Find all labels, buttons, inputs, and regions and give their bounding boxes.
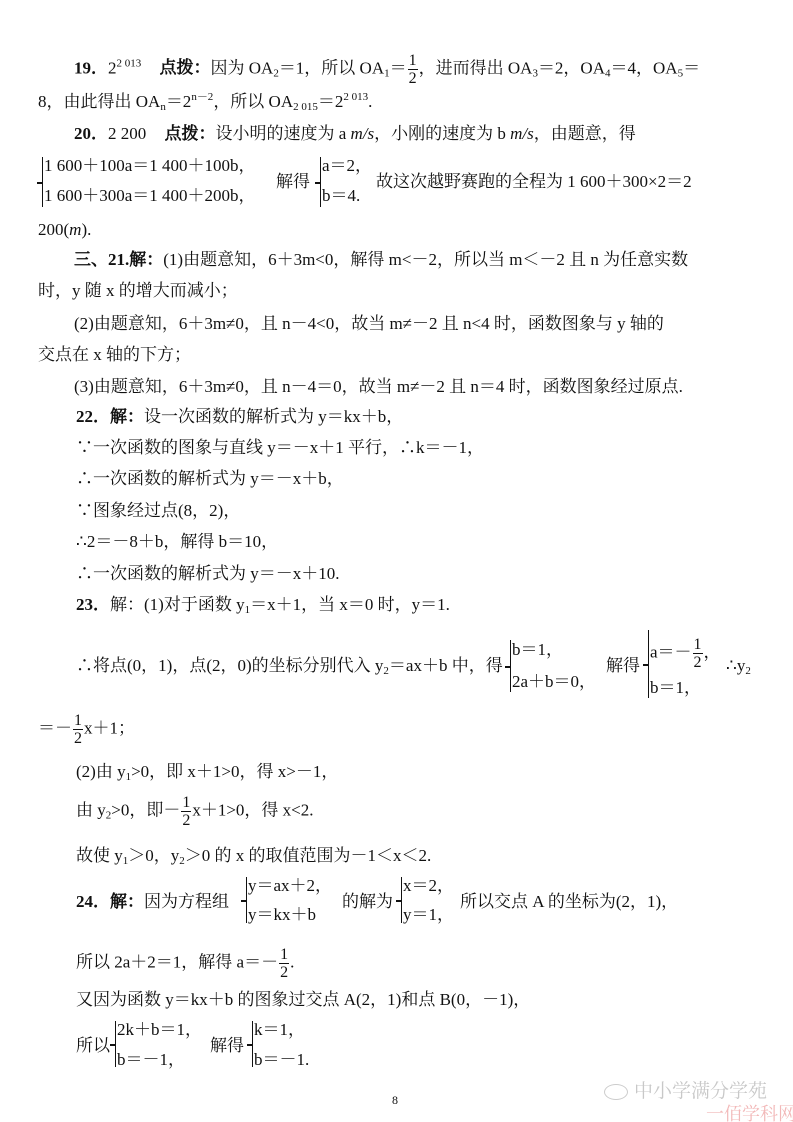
question-number: 20．	[74, 124, 108, 143]
q20-eq2: 1 600＋300a＝1 400＋200b，	[44, 186, 256, 206]
brace	[648, 630, 649, 698]
q23-line3: ＝－12x＋1；	[38, 712, 135, 747]
brace	[320, 157, 321, 207]
q22-line1: 22．解：设一次函数的解析式为 y＝kx＋b，	[76, 407, 403, 427]
fraction: 12	[408, 52, 418, 87]
brace	[252, 1021, 253, 1067]
page-number: 8	[392, 1090, 398, 1110]
question-number: 23．	[76, 595, 110, 614]
q23-line1: 23．解：(1)对于函数 y1＝x＋1，当 x＝0 时，y＝1.	[76, 595, 450, 615]
question-number: 19．	[74, 58, 108, 77]
q19-line2: 8，由此得出 OAn＝2n－2，所以 OA2 015＝22 013.	[38, 92, 372, 112]
q20-line3: 200(m).	[38, 220, 91, 240]
brace	[42, 157, 43, 207]
watermark-site: 一佰学科网	[706, 1100, 793, 1122]
question-number: 24．	[76, 892, 110, 911]
q19-line1: 19．22 013 点拨：因为 OA2＝1，所以 OA1＝12，进而得出 OA3…	[74, 52, 700, 87]
q23-line2: ∴将点(0，1)，点(2，0)的坐标分别代入 y2＝ax＋b 中，得	[76, 656, 503, 676]
hint-label: 点拨：	[160, 58, 211, 77]
wechat-icon	[604, 1084, 628, 1100]
watermark-brand: 中小学满分学苑	[604, 1076, 767, 1103]
q24-line1: 24．解：因为方程组	[76, 892, 229, 912]
question-number: 22．	[76, 407, 110, 426]
brace	[510, 640, 511, 692]
brace	[115, 1021, 116, 1067]
q20-eq1: 1 600＋100a＝1 400＋100b，	[44, 156, 256, 176]
solve-label: 解得	[276, 172, 310, 192]
q20-line1: 20．2 200 点拨：设小明的速度为 a m/s，小刚的速度为 b m/s，由…	[74, 124, 636, 144]
brace	[246, 877, 247, 923]
hint-label: 点拨：	[165, 124, 216, 143]
brace	[401, 877, 402, 923]
q21-p1-line1: 三、21.解：(1)由题意知，6＋3m<0，解得 m<－2，所以当 m＜－2 且…	[74, 250, 688, 270]
